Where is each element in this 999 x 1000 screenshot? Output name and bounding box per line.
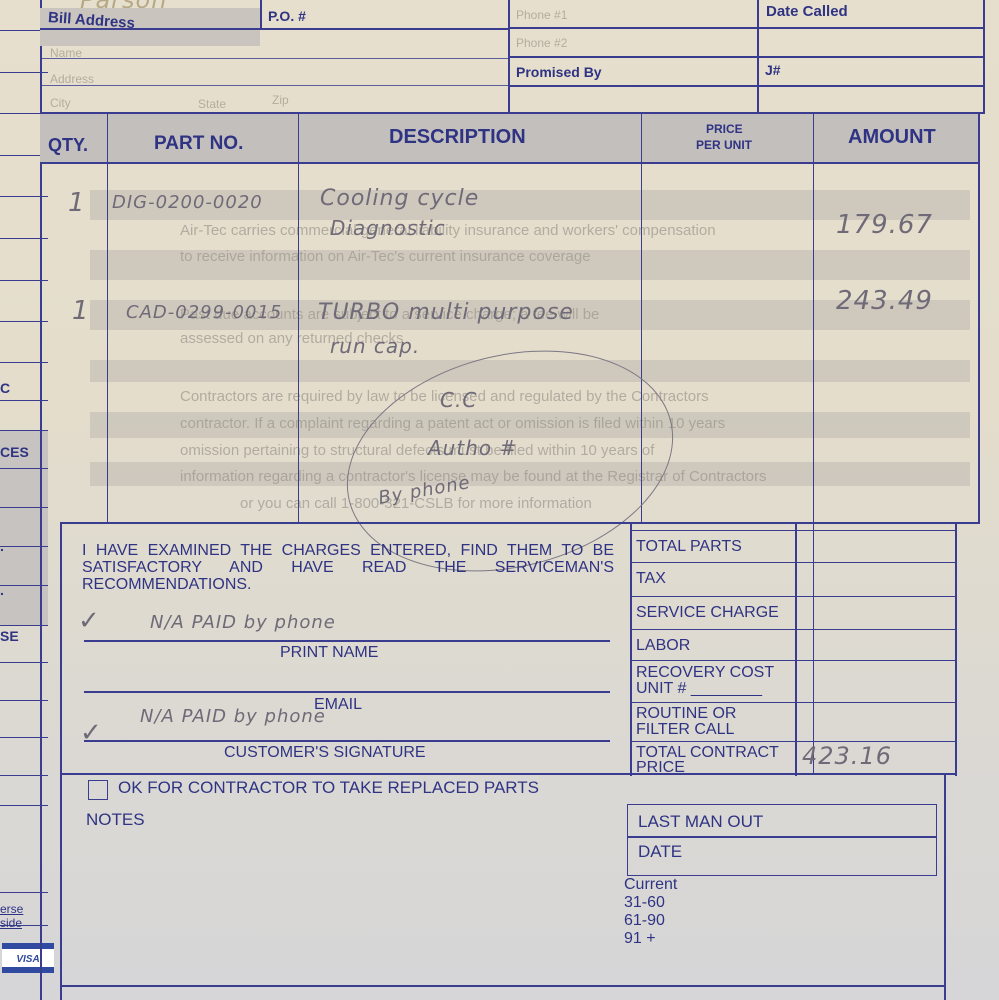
email-line[interactable] [84,691,610,693]
divider [40,28,510,30]
summary-label: UNIT # ________ [636,681,762,697]
left-strip-label: . [0,582,4,598]
divider [955,524,957,776]
summary-label: SERVICE CHARGE [636,605,779,621]
summary-row-labor: LABOR [630,629,955,662]
divider [60,985,946,987]
row-amount: 243.49 [836,286,933,316]
divider [508,56,983,58]
row-qty: 1 [72,296,90,326]
row-description-2: Diagnostic [330,216,446,240]
invoice-paper: Air-Tec carries commercial general liabi… [0,0,999,1000]
print-name-line [84,640,610,642]
summary-row-total-contract: TOTAL CONTRACT PRICE 423.16 [630,741,955,776]
phone1-placeholder: Phone #1 [516,8,567,22]
summary-label: ROUTINE OR [636,706,736,722]
back-text: to receive information on Air-Tec's curr… [180,248,591,265]
divider [983,0,985,112]
last-man-out-label: LAST MAN OUT [638,812,763,832]
divider [298,114,299,524]
address-placeholder: Address [50,72,94,86]
visa-logo-text: VISA [16,954,39,965]
check-mark: ✓ [80,718,103,748]
col-amount: AMOUNT [848,126,936,149]
city-placeholder: City [50,96,71,110]
annotation-line1: C.C [440,388,477,412]
divider [508,27,983,29]
left-strip-label: . [0,538,4,554]
annotation-line2: Autho # [428,436,517,460]
summary-label: TOTAL PARTS [636,539,742,555]
summary-label: RECOVERY COST [636,665,774,681]
row-description-2: run cap. [330,334,420,358]
summary-label: LABOR [636,638,690,654]
phone2-placeholder: Phone #2 [516,36,567,50]
divider [40,85,510,86]
print-name-value[interactable]: N/A PAID by phone [150,612,336,633]
row-amount: 179.67 [836,210,933,240]
divider [107,114,108,524]
divider [40,58,510,59]
row-part-no: CAD-0299-0015 [126,302,282,323]
divider [40,162,980,164]
job-number-label: J# [765,62,781,78]
aging-61-90: 61-90 [624,912,665,930]
left-strip-label: CES [0,444,29,460]
aging-31-60: 31-60 [624,894,665,912]
summary-row-service-charge: SERVICE CHARGE [630,596,955,629]
row-description: Cooling cycle [320,186,479,211]
notes-area[interactable] [100,830,620,980]
aging-91-plus: 91 + [624,930,656,948]
signature-label: CUSTOMER'S SIGNATURE [224,744,426,762]
summary-label: TAX [636,571,666,587]
summary-row-routine: ROUTINE OR FILTER CALL [630,702,955,743]
zip-placeholder: Zip [272,93,289,107]
po-label: P.O. # [268,8,306,24]
date-label: DATE [638,842,682,862]
row-qty: 1 [68,188,86,218]
row-part-no: DIG-0200-0020 [112,192,263,213]
promised-by-label: Promised By [516,64,602,80]
visa-logo: VISA [2,943,54,973]
col-description: DESCRIPTION [389,126,526,149]
print-name-label: PRINT NAME [280,644,378,662]
summary-row-recovery-cost: RECOVERY COST UNIT # ________ [630,660,955,703]
date-called-label: Date Called [766,3,848,20]
col-price-line1: PRICE [706,122,743,136]
left-strip-label: C [0,380,10,396]
check-mark: ✓ [78,606,101,636]
state-placeholder: State [198,97,226,111]
col-price-line2: PER UNIT [696,138,752,152]
divider [978,112,980,522]
divider [60,522,980,524]
summary-label: FILTER CALL [636,722,734,738]
replaced-parts-label: OK FOR CONTRACTOR TO TAKE REPLACED PARTS [118,778,539,798]
divider [260,0,262,30]
back-text: Air-Tec carries commercial general liabi… [180,222,716,239]
signature-line [84,740,610,742]
aging-current: Current [624,876,677,894]
signature-value[interactable]: N/A PAID by phone [140,706,326,727]
divider [60,773,956,775]
left-strip-label: SE [0,628,19,644]
divider [60,522,62,1000]
replaced-parts-checkbox[interactable] [88,780,108,800]
divider [508,85,983,87]
notes-label: NOTES [86,810,145,830]
summary-row-tax: TAX [630,562,955,595]
divider [944,775,946,1000]
summary-row-total-parts: TOTAL PARTS [630,530,955,563]
col-qty: QTY. [48,135,88,156]
total-contract-price-value: 423.16 [802,742,892,770]
divider [627,836,937,838]
row-description: TURBO multi purpose [318,300,574,325]
acknowledgement-statement: I HAVE EXAMINED THE CHARGES ENTERED, FIN… [82,542,614,593]
col-part-no: PART NO. [154,133,243,155]
